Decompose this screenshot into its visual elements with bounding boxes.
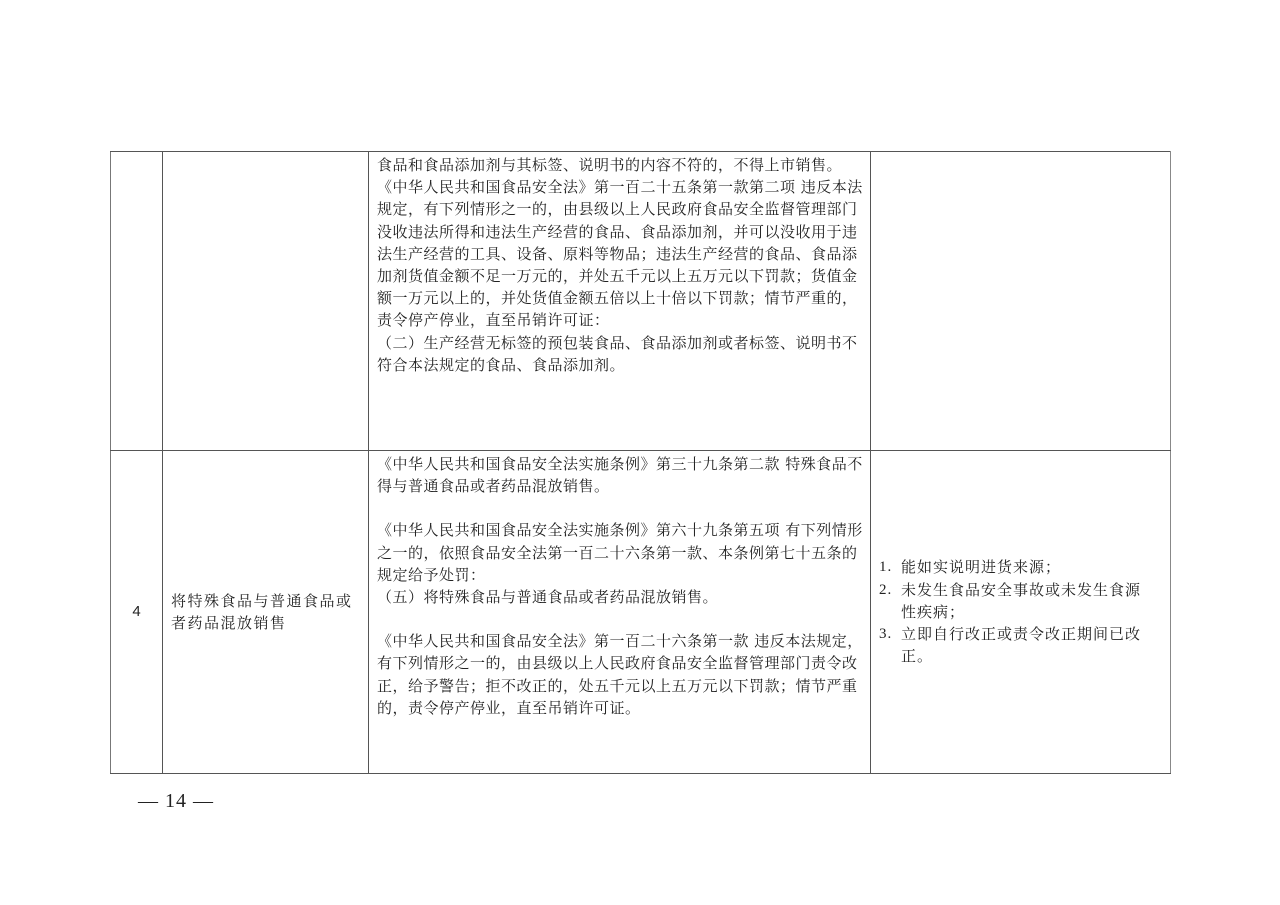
legal-basis-cell: 食品和食品添加剂与其标签、说明书的内容不符的，不得上市销售。 《中华人民共和国食…	[369, 152, 871, 451]
paragraph-gap	[377, 497, 864, 519]
page-number: — 14 —	[138, 790, 214, 813]
legal-paragraph: （五）将特殊食品与普通食品或者药品混放销售。	[377, 586, 864, 608]
table-row: 4 将特殊食品与普通食品或者药品混放销售 《中华人民共和国食品安全法实施条例》第…	[111, 451, 1171, 774]
violation-cell	[163, 152, 369, 451]
row-number-cell: 4	[111, 451, 163, 774]
condition-item: 2. 未发生食品安全事故或未发生食源性疾病；	[879, 579, 1164, 623]
document-page: 食品和食品添加剂与其标签、说明书的内容不符的，不得上市销售。 《中华人民共和国食…	[0, 0, 1280, 905]
row-number-cell	[111, 152, 163, 451]
condition-item: 3. 立即自行改正或责令改正期间已改正。	[879, 623, 1164, 667]
violation-cell: 将特殊食品与普通食品或者药品混放销售	[163, 451, 369, 774]
penalty-table: 食品和食品添加剂与其标签、说明书的内容不符的，不得上市销售。 《中华人民共和国食…	[110, 151, 1171, 774]
violation-text: 将特殊食品与普通食品或者药品混放销售	[163, 588, 368, 636]
legal-paragraph: （二）生产经营无标签的预包装食品、食品添加剂或者标签、说明书不符合本法规定的食品…	[377, 332, 864, 376]
conditions-list: 1. 能如实说明进货来源； 2. 未发生食品安全事故或未发生食源性疾病； 3. …	[871, 556, 1170, 667]
legal-paragraph: 《中华人民共和国食品安全法》第一百二十五条第一款第二项 违反本法规定，有下列情形…	[377, 176, 864, 331]
table-row: 食品和食品添加剂与其标签、说明书的内容不符的，不得上市销售。 《中华人民共和国食…	[111, 152, 1171, 451]
legal-paragraph: 《中华人民共和国食品安全法实施条例》第六十九条第五项 有下列情形之一的，依照食品…	[377, 519, 864, 586]
conditions-cell: 1. 能如实说明进货来源； 2. 未发生食品安全事故或未发生食源性疾病； 3. …	[871, 451, 1171, 774]
legal-basis-cell: 《中华人民共和国食品安全法实施条例》第三十九条第二款 特殊食品不得与普通食品或者…	[369, 451, 871, 774]
violation-text	[163, 299, 368, 303]
condition-item: 1. 能如实说明进货来源；	[879, 556, 1164, 578]
legal-paragraph: 食品和食品添加剂与其标签、说明书的内容不符的，不得上市销售。	[377, 154, 864, 176]
legal-paragraph: 《中华人民共和国食品安全法》第一百二十六条第一款 违反本法规定，有下列情形之一的…	[377, 630, 864, 719]
conditions-cell	[871, 152, 1171, 451]
paragraph-gap	[377, 608, 864, 630]
legal-paragraph: 《中华人民共和国食品安全法实施条例》第三十九条第二款 特殊食品不得与普通食品或者…	[377, 453, 864, 497]
